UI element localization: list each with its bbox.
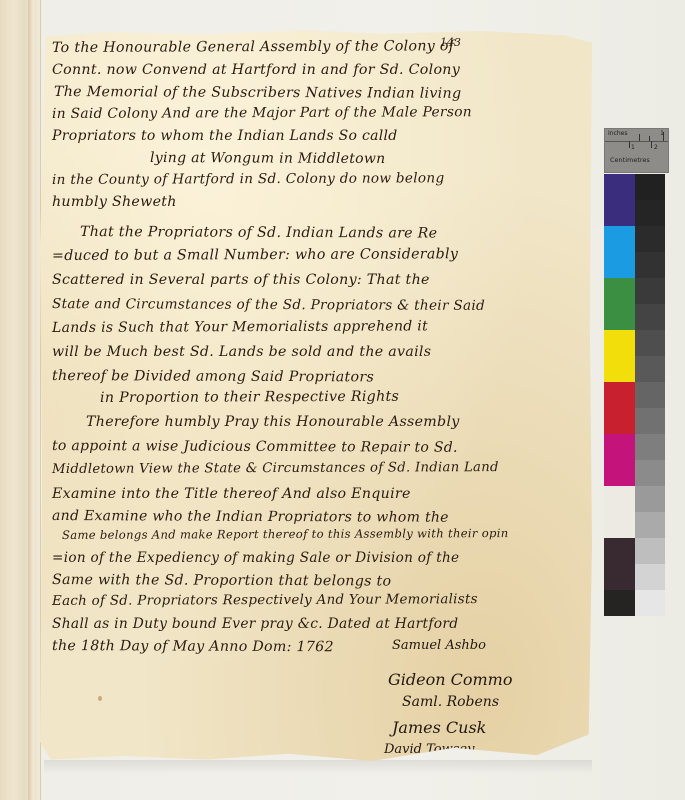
color-swatch-blue — [604, 174, 635, 226]
ink-stain — [288, 598, 291, 601]
manuscript-line: lying at Wongum in Middletown — [150, 150, 386, 167]
gray-step — [635, 174, 665, 200]
manuscript-line: State and Circumstances of the Sd. Propr… — [52, 296, 485, 314]
color-swatch-3-4-color — [604, 538, 635, 590]
manuscript-line: Shall as in Duty bound Ever pray &c. Dat… — [52, 616, 458, 632]
gray-step — [635, 590, 665, 616]
signature: Gideon Commo — [388, 670, 512, 689]
color-calibration-target: Inches 1 1 2 Centimetres — [604, 128, 668, 614]
color-swatch-white — [604, 486, 635, 538]
page-shadow — [44, 760, 592, 774]
manuscript-line: Middletown View the State & Circumstance… — [52, 460, 499, 477]
gray-step — [635, 460, 665, 486]
signature: Saml. Robens — [402, 694, 499, 710]
manuscript-line: will be Much best Sd. Lands be sold and … — [52, 344, 431, 360]
manuscript-line: thereof be Divided among Said Propriator… — [52, 368, 374, 385]
gray-step — [635, 278, 665, 304]
gray-step — [635, 252, 665, 278]
manuscript-line: Each of Sd. Propriators Respectively And… — [52, 592, 478, 609]
gray-step — [635, 200, 665, 226]
manuscript-line: Lands is Such that Your Memorialists app… — [52, 318, 428, 336]
signature: James Cusk — [392, 718, 486, 737]
manuscript-line: Propriators to whom the Indian Lands So … — [52, 128, 398, 144]
manuscript-page: 143 To the Honourable General Assembly o… — [40, 28, 592, 764]
manuscript-line: Examine into the Title thereof And also … — [52, 486, 411, 502]
ruler-cm-mark: 2 — [654, 144, 658, 151]
gray-step — [635, 226, 665, 252]
gray-step — [635, 356, 665, 382]
manuscript-line: =duced to but a Small Number: who are Co… — [52, 246, 458, 264]
ruler-tick — [651, 141, 652, 148]
color-swatch-magenta — [604, 434, 635, 486]
manuscript-line: Connt. now Convend at Hartford in and fo… — [52, 62, 460, 78]
gray-step — [635, 512, 665, 538]
gray-step — [635, 382, 665, 408]
manuscript-line: To the Honourable General Assembly of th… — [52, 38, 454, 56]
manuscript-line: in Said Colony And are the Major Part of… — [52, 104, 472, 122]
color-swatch-red — [604, 382, 635, 434]
manuscript-line: in Proportion to their Respective Rights — [100, 389, 399, 406]
manuscript-line: the 18th Day of May Anno Dom: 1762 — [52, 638, 334, 655]
gray-step — [635, 486, 665, 512]
binding-fold — [28, 0, 34, 800]
signature: Samuel Ashbo — [392, 638, 486, 653]
manuscript-line: =ion of the Expediency of making Sale or… — [52, 550, 459, 566]
ruler-tick — [629, 141, 630, 148]
color-swatch-black — [604, 590, 635, 616]
manuscript-line: and Examine who the Indian Propriators t… — [52, 508, 449, 526]
ruler-centimetres-label: Centimetres — [610, 156, 650, 164]
grayscale-column — [635, 174, 665, 616]
manuscript-line: in the County of Hartford in Sd. Colony … — [52, 170, 445, 188]
manuscript-line: Therefore humbly Pray this Honourable As… — [86, 414, 460, 430]
gray-step — [635, 564, 665, 590]
ruler-inches-label: Inches — [608, 130, 628, 137]
ruler: Inches 1 1 2 Centimetres — [604, 128, 669, 173]
ruler-divider — [605, 141, 668, 142]
ruler-tick — [663, 132, 664, 141]
manuscript-line: Same with the Sd. Proportion that belong… — [52, 572, 391, 589]
ruler-tick — [639, 134, 640, 141]
gray-step — [635, 538, 665, 564]
binding-edge — [0, 0, 41, 800]
ruler-cm-mark: 1 — [631, 144, 635, 151]
color-swatch-cyan — [604, 226, 635, 278]
color-swatch-green — [604, 278, 635, 330]
manuscript-line: The Memorial of the Subscribers Natives … — [54, 84, 461, 102]
gray-step — [635, 434, 665, 460]
manuscript-line: to appoint a wise Judicious Committee to… — [52, 438, 458, 456]
manuscript-line: That the Propriators of Sd. Indian Lands… — [80, 224, 437, 242]
gray-step — [635, 330, 665, 356]
manuscript-line: Same belongs And make Report thereof to … — [62, 526, 509, 542]
color-swatch-column — [604, 174, 635, 616]
gray-step — [635, 304, 665, 330]
color-swatch-yellow — [604, 330, 635, 382]
ruler-tick — [649, 136, 650, 141]
manuscript-line: Scattered in Several parts of this Colon… — [52, 272, 430, 288]
gray-step — [635, 408, 665, 434]
manuscript-line: humbly Sheweth — [52, 194, 177, 210]
ink-stain — [98, 696, 102, 701]
